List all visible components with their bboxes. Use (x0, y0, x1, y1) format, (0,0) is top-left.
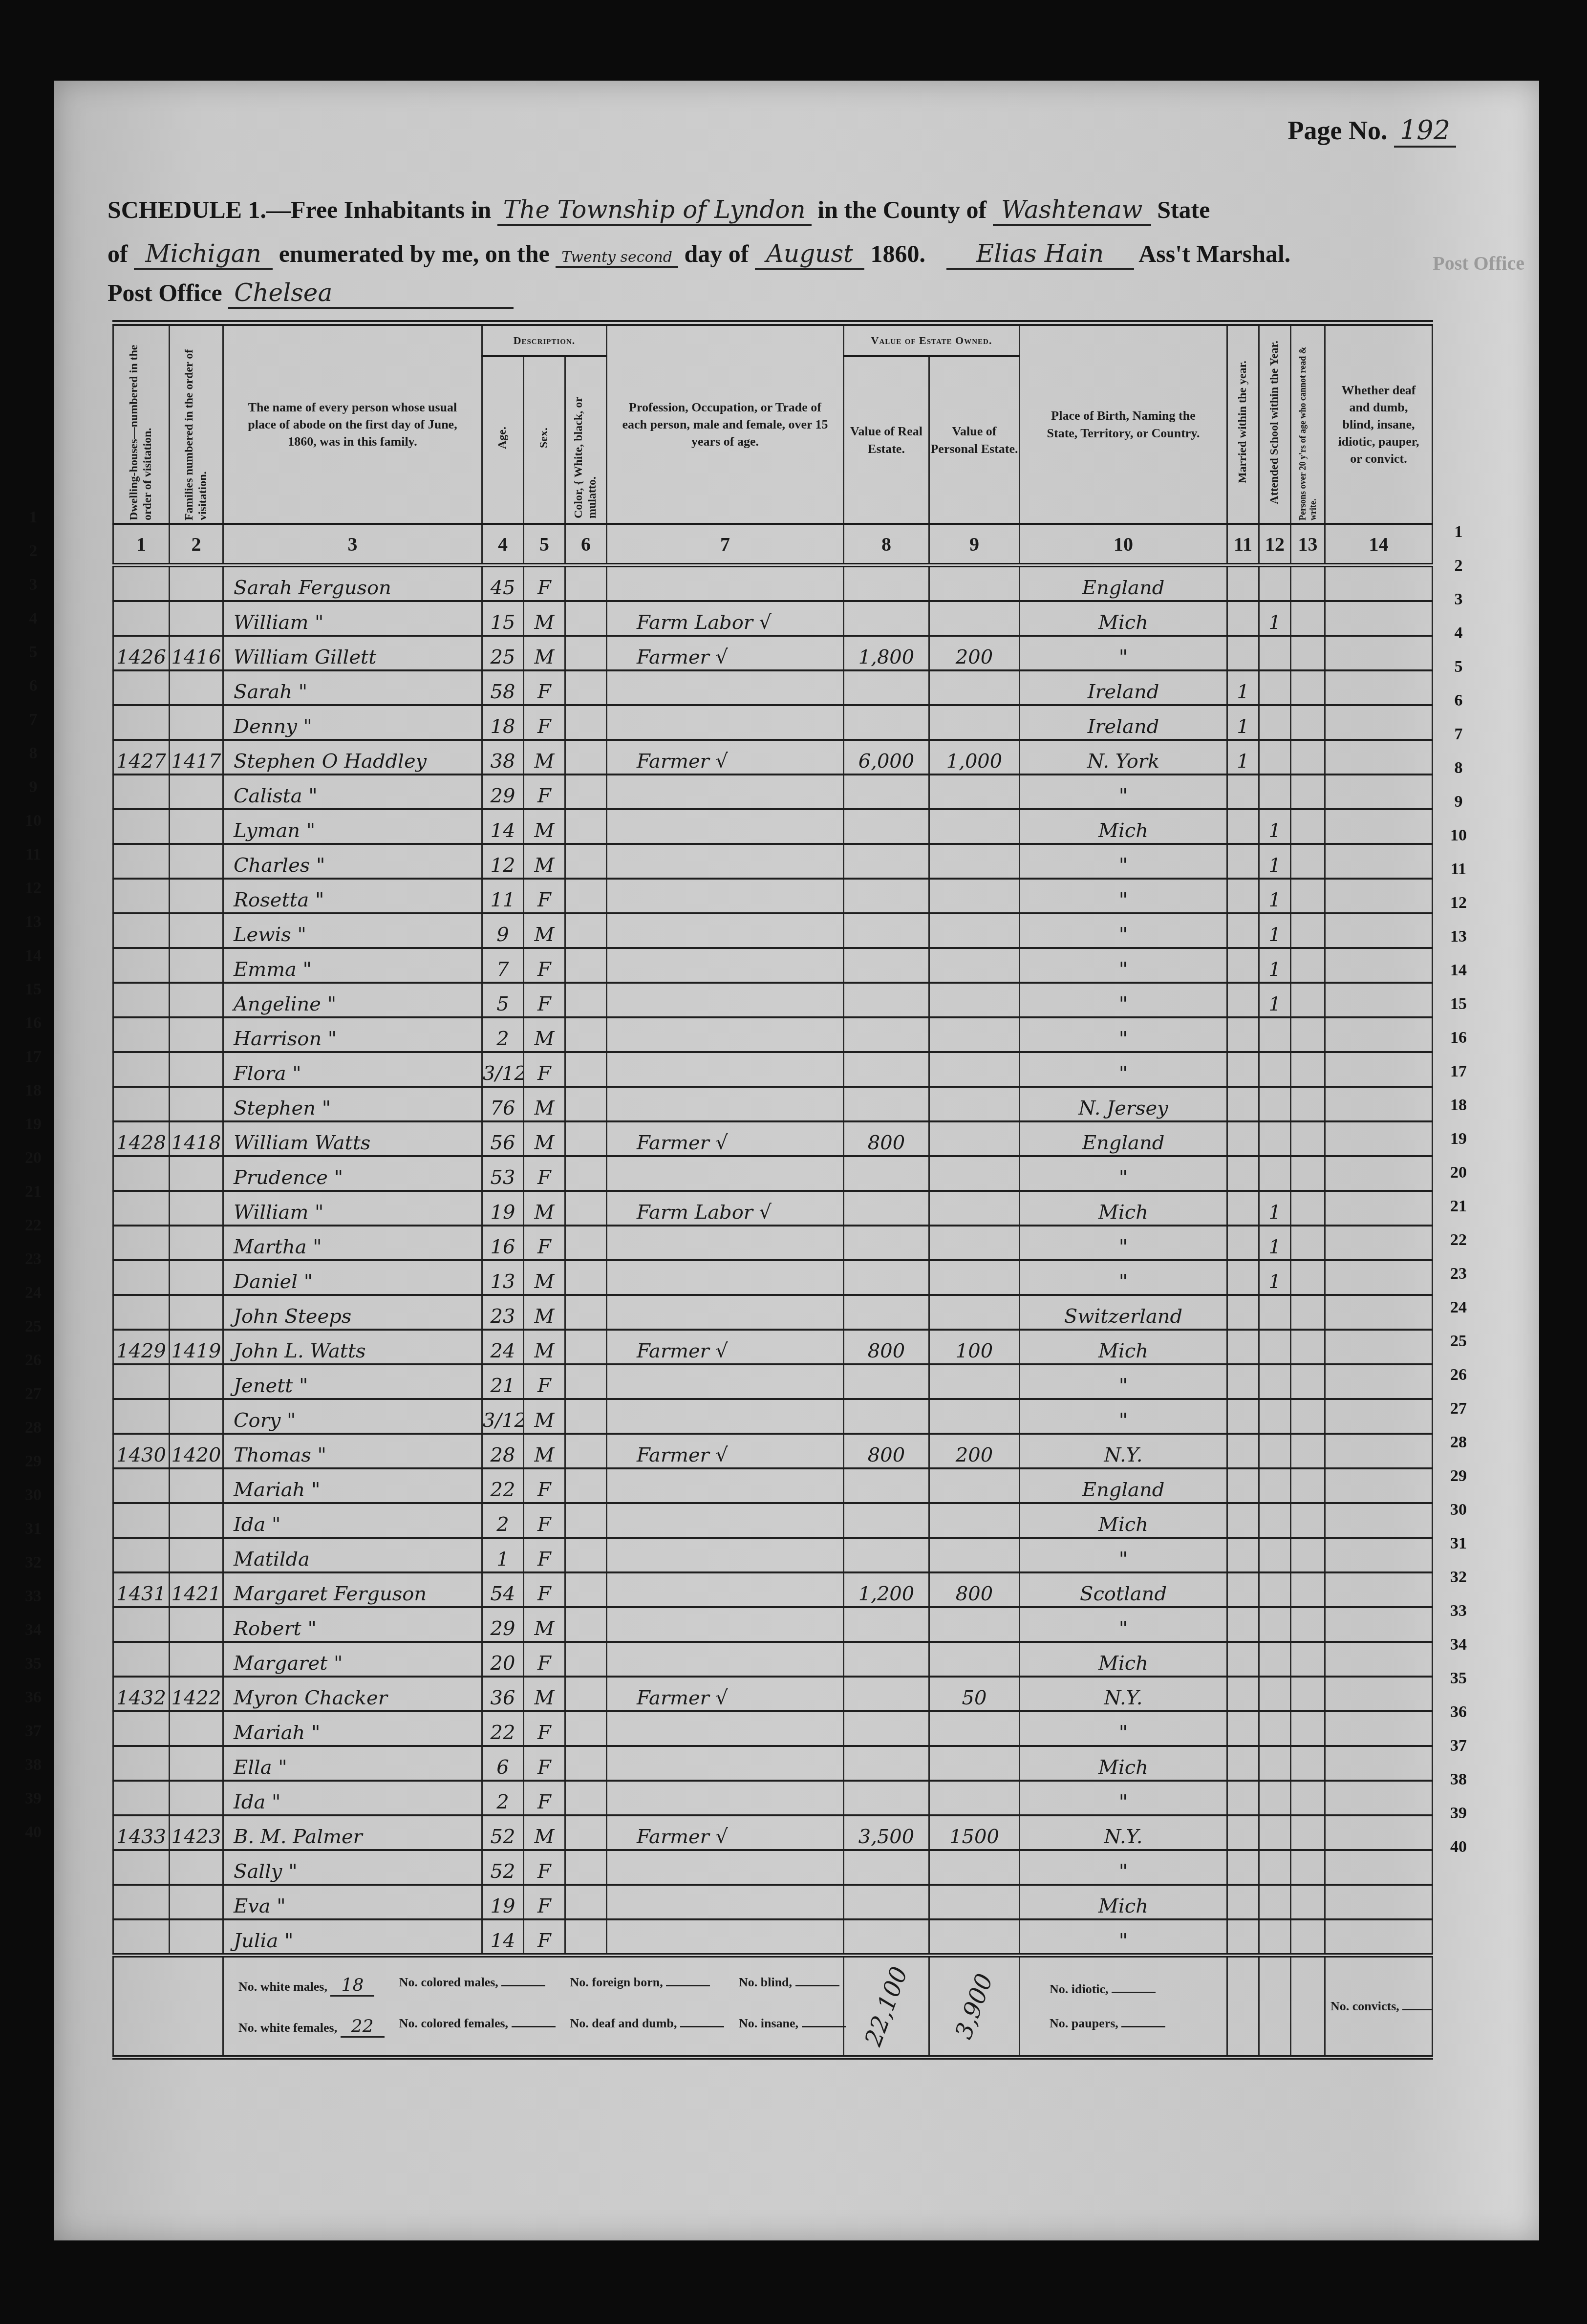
married-within-year (1227, 565, 1259, 602)
occupation (607, 1503, 844, 1538)
insane-count (802, 2026, 846, 2027)
cannot-read-write (1291, 809, 1325, 844)
line-number: 16 (19, 1014, 48, 1033)
occupation (607, 1572, 844, 1607)
line-number: 23 (19, 1250, 48, 1269)
occupation (607, 1364, 844, 1399)
white-females-count: 22 (341, 2016, 385, 2038)
cannot-read-write (1291, 1260, 1325, 1295)
sex: M (524, 1121, 565, 1156)
real-estate-value (844, 1503, 929, 1538)
married-within-year (1227, 1295, 1259, 1330)
dwelling-number (113, 1781, 170, 1815)
birthplace: N.Y. (1020, 1434, 1227, 1468)
color (565, 1052, 607, 1087)
dwelling-number (113, 844, 170, 879)
birthplace: " (1020, 1156, 1227, 1191)
color (565, 1781, 607, 1815)
real-estate-value (844, 1607, 929, 1642)
dwelling-number (113, 565, 170, 602)
line-number: 17 (19, 1048, 48, 1066)
family-number (170, 1087, 223, 1121)
personal-estate-value (929, 670, 1020, 705)
infirmity (1325, 1815, 1433, 1850)
cannot-read-write (1291, 1815, 1325, 1850)
occupation (607, 1156, 844, 1191)
married-within-year (1227, 1815, 1259, 1850)
attended-school: 1 (1259, 1191, 1291, 1226)
cannot-read-write (1291, 1434, 1325, 1468)
personal-estate-value (929, 1607, 1020, 1642)
color (565, 636, 607, 670)
attended-school: 1 (1259, 601, 1291, 636)
cannot-read-write (1291, 1885, 1325, 1919)
person-name: Ella " (223, 1746, 482, 1781)
personal-estate-total: 3,900 (929, 1956, 1020, 2058)
page-number-label: Page No. (1287, 116, 1387, 145)
person-name: Jenett " (223, 1364, 482, 1399)
infirmity (1325, 1191, 1433, 1226)
sex: F (524, 1711, 565, 1746)
sex: M (524, 1607, 565, 1642)
occupation: Farm Labor √ (607, 1191, 844, 1226)
infirmity (1325, 601, 1433, 636)
age: 45 (482, 565, 524, 602)
occupation (607, 1087, 844, 1121)
person-name: Sarah " (223, 670, 482, 705)
married-within-year (1227, 879, 1259, 913)
married-within-year (1227, 1156, 1259, 1191)
birthplace: Mich (1020, 1746, 1227, 1781)
age: 38 (482, 740, 524, 775)
totals-convicts: No. convicts, (1325, 1956, 1433, 2058)
married-within-year (1227, 1052, 1259, 1087)
birthplace: " (1020, 1607, 1227, 1642)
family-number: 1420 (170, 1434, 223, 1468)
personal-estate-value (929, 809, 1020, 844)
occupation (607, 844, 844, 879)
real-estate-value (844, 1642, 929, 1677)
line-number: 38 (19, 1756, 48, 1774)
age: 21 (482, 1364, 524, 1399)
dwelling-number (113, 879, 170, 913)
age: 2 (482, 1503, 524, 1538)
line-number: 15 (1444, 995, 1473, 1013)
color (565, 1919, 607, 1956)
age: 2 (482, 1017, 524, 1052)
infirmity (1325, 879, 1433, 913)
cannot-read-write (1291, 1191, 1325, 1226)
occupation (607, 948, 844, 983)
age: 19 (482, 1885, 524, 1919)
real-estate-value: 3,500 (844, 1815, 929, 1850)
line-number: 19 (19, 1115, 48, 1134)
married-within-year (1227, 913, 1259, 948)
family-number: 1417 (170, 740, 223, 775)
real-estate-value: 6,000 (844, 740, 929, 775)
personal-estate-value (929, 913, 1020, 948)
family-number (170, 809, 223, 844)
attended-school (1259, 1572, 1291, 1607)
attended-school (1259, 1850, 1291, 1885)
dwelling-number: 1430 (113, 1434, 170, 1468)
personal-estate-value (929, 1121, 1020, 1156)
attended-school (1259, 1815, 1291, 1850)
occupation (607, 670, 844, 705)
personal-estate-value (929, 844, 1020, 879)
person-name: Mariah " (223, 1711, 482, 1746)
sex: F (524, 1503, 565, 1538)
table-row: Sally " 52 F " (113, 1850, 1433, 1885)
line-number: 22 (19, 1216, 48, 1235)
attended-school (1259, 1330, 1291, 1364)
line-number: 32 (1444, 1568, 1473, 1587)
person-name: Denny " (223, 705, 482, 740)
infirmity (1325, 948, 1433, 983)
occupation (607, 1781, 844, 1815)
dwelling-number (113, 1468, 170, 1503)
person-name: B. M. Palmer (223, 1815, 482, 1850)
attended-school (1259, 1364, 1291, 1399)
birthplace: N.Y. (1020, 1815, 1227, 1850)
line-number: 24 (19, 1284, 48, 1302)
line-number: 13 (19, 913, 48, 931)
family-number: 1423 (170, 1815, 223, 1850)
married-within-year (1227, 1607, 1259, 1642)
table-row: 1429 1419 John L. Watts 24 M Farmer √ 80… (113, 1330, 1433, 1364)
line-number: 7 (1444, 725, 1473, 744)
real-estate-value (844, 879, 929, 913)
attended-school: 1 (1259, 1260, 1291, 1295)
col-header-married: Married within the year. (1227, 323, 1259, 524)
attended-school: 1 (1259, 809, 1291, 844)
person-name: Emma " (223, 948, 482, 983)
table-row: Prudence " 53 F " (113, 1156, 1433, 1191)
col-header-dwelling: Dwelling-houses—numbered in the order of… (113, 323, 170, 524)
infirmity (1325, 740, 1433, 775)
dwelling-number (113, 1538, 170, 1572)
line-number: 4 (19, 609, 48, 628)
attended-school: 1 (1259, 948, 1291, 983)
color (565, 705, 607, 740)
person-name: Ida " (223, 1503, 482, 1538)
real-estate-value (844, 1711, 929, 1746)
line-number: 9 (1444, 793, 1473, 811)
sex: F (524, 1642, 565, 1677)
age: 9 (482, 913, 524, 948)
birthplace: " (1020, 983, 1227, 1017)
attended-school (1259, 1295, 1291, 1330)
line-number: 28 (1444, 1433, 1473, 1452)
sex: M (524, 1017, 565, 1052)
color (565, 601, 607, 636)
table-row: 1433 1423 B. M. Palmer 52 M Farmer √ 3,5… (113, 1815, 1433, 1850)
attended-school (1259, 1399, 1291, 1434)
age: 23 (482, 1295, 524, 1330)
age: 1 (482, 1538, 524, 1572)
real-estate-value (844, 1781, 929, 1815)
year: 1860. (871, 240, 926, 267)
line-number: 2 (19, 542, 48, 560)
real-estate-value (844, 948, 929, 983)
paupers-count (1121, 2026, 1165, 2027)
line-number: 35 (1444, 1669, 1473, 1688)
cannot-read-write (1291, 601, 1325, 636)
sex: M (524, 913, 565, 948)
infirmity (1325, 1156, 1433, 1191)
sex: M (524, 1260, 565, 1295)
attended-school (1259, 1017, 1291, 1052)
cannot-read-write (1291, 1399, 1325, 1434)
table-row: Emma " 7 F " 1 (113, 948, 1433, 983)
table-row: Angeline " 5 F " 1 (113, 983, 1433, 1017)
age: 6 (482, 1746, 524, 1781)
person-name: Prudence " (223, 1156, 482, 1191)
cannot-read-write (1291, 1850, 1325, 1885)
line-number: 24 (1444, 1298, 1473, 1317)
age: 11 (482, 879, 524, 913)
cannot-read-write (1291, 1226, 1325, 1260)
dwelling-number (113, 1191, 170, 1226)
deaf-dumb-count (680, 2026, 724, 2027)
schedule-title: SCHEDULE 1.—Free Inhabitants in (107, 196, 491, 223)
dwelling-number: 1429 (113, 1330, 170, 1364)
cannot-read-write (1291, 1330, 1325, 1364)
color (565, 1087, 607, 1121)
family-number (170, 948, 223, 983)
dwelling-number (113, 1260, 170, 1295)
person-name: Robert " (223, 1607, 482, 1642)
dwelling-number: 1431 (113, 1572, 170, 1607)
real-estate-value (844, 1677, 929, 1711)
line-number: 15 (19, 980, 48, 999)
infirmity (1325, 1468, 1433, 1503)
cannot-read-write (1291, 636, 1325, 670)
birthplace: " (1020, 775, 1227, 809)
real-estate-value (844, 1226, 929, 1260)
person-name: William Gillett (223, 636, 482, 670)
table-row: 1432 1422 Myron Chacker 36 M Farmer √ 50… (113, 1677, 1433, 1711)
person-name: Eva " (223, 1885, 482, 1919)
personal-estate-value: 100 (929, 1330, 1020, 1364)
personal-estate-value (929, 948, 1020, 983)
of-label: of (107, 240, 128, 267)
married-within-year (1227, 948, 1259, 983)
occupation: Farmer √ (607, 740, 844, 775)
sex: M (524, 601, 565, 636)
family-number (170, 1399, 223, 1434)
married-within-year (1227, 1677, 1259, 1711)
attended-school (1259, 1468, 1291, 1503)
table-row: Ida " 2 F " (113, 1781, 1433, 1815)
idiotic-count (1112, 1992, 1156, 1993)
dwelling-number (113, 1087, 170, 1121)
family-number (170, 1295, 223, 1330)
line-number: 33 (19, 1587, 48, 1606)
age: 19 (482, 1191, 524, 1226)
table-row: Charles " 12 M " 1 (113, 844, 1433, 879)
age: 76 (482, 1087, 524, 1121)
attended-school (1259, 1642, 1291, 1677)
page-number-value: 192 (1394, 115, 1456, 148)
infirmity (1325, 1885, 1433, 1919)
day-field: Twenty second (556, 249, 678, 268)
attended-school (1259, 1503, 1291, 1538)
color (565, 1260, 607, 1295)
dwelling-number: 1432 (113, 1677, 170, 1711)
birthplace: N. Jersey (1020, 1087, 1227, 1121)
color (565, 1572, 607, 1607)
line-number: 39 (19, 1789, 48, 1808)
family-number (170, 1052, 223, 1087)
cannot-read-write (1291, 1121, 1325, 1156)
sex: M (524, 740, 565, 775)
occupation (607, 1919, 844, 1956)
dwelling-number: 1428 (113, 1121, 170, 1156)
line-number: 28 (19, 1419, 48, 1437)
infirmity (1325, 1711, 1433, 1746)
sex: F (524, 1156, 565, 1191)
family-number (170, 879, 223, 913)
sex: F (524, 1781, 565, 1815)
table-row: Stephen " 76 M N. Jersey (113, 1087, 1433, 1121)
sex: F (524, 775, 565, 809)
occupation (607, 1468, 844, 1503)
age: 18 (482, 705, 524, 740)
line-number: 20 (19, 1149, 48, 1167)
personal-estate-value (929, 983, 1020, 1017)
table-row: Eva " 19 F Mich (113, 1885, 1433, 1919)
real-estate-value (844, 1399, 929, 1434)
age: 20 (482, 1642, 524, 1677)
married-within-year (1227, 1226, 1259, 1260)
birthplace: " (1020, 1017, 1227, 1052)
color (565, 1364, 607, 1399)
color (565, 1226, 607, 1260)
table-row: Cory " 3/12 M " (113, 1399, 1433, 1434)
dwelling-number: 1426 (113, 636, 170, 670)
personal-estate-value: 200 (929, 636, 1020, 670)
real-estate-value (844, 1468, 929, 1503)
family-number (170, 1191, 223, 1226)
col-header-occupation: Profession, Occupation, or Trade of each… (607, 323, 844, 524)
sex: F (524, 565, 565, 602)
occupation (607, 775, 844, 809)
cannot-read-write (1291, 1781, 1325, 1815)
infirmity (1325, 1781, 1433, 1815)
family-number (170, 775, 223, 809)
table-row: 1426 1416 William Gillett 25 M Farmer √ … (113, 636, 1433, 670)
attended-school (1259, 1746, 1291, 1781)
occupation (607, 809, 844, 844)
dwelling-number (113, 1711, 170, 1746)
person-name: Stephen " (223, 1087, 482, 1121)
table-row: Rosetta " 11 F " 1 (113, 879, 1433, 913)
cannot-read-write (1291, 1503, 1325, 1538)
family-number: 1421 (170, 1572, 223, 1607)
infirmity (1325, 565, 1433, 602)
family-number: 1419 (170, 1330, 223, 1364)
cannot-read-write (1291, 1572, 1325, 1607)
attended-school (1259, 1607, 1291, 1642)
attended-school: 1 (1259, 844, 1291, 879)
attended-school: 1 (1259, 879, 1291, 913)
sex: M (524, 636, 565, 670)
infirmity (1325, 1330, 1433, 1364)
dwelling-number (113, 1052, 170, 1087)
real-estate-value (844, 670, 929, 705)
family-number (170, 1364, 223, 1399)
dwelling-number (113, 1919, 170, 1956)
table-row: William " 19 M Farm Labor √ Mich 1 (113, 1191, 1433, 1226)
age: 3/12 (482, 1399, 524, 1434)
birthplace: " (1020, 1399, 1227, 1434)
occupation (607, 1260, 844, 1295)
line-number: 30 (1444, 1501, 1473, 1519)
cannot-read-write (1291, 983, 1325, 1017)
real-estate-value (844, 809, 929, 844)
birthplace: " (1020, 948, 1227, 983)
marshal-name-field: Elias Hain (946, 239, 1134, 270)
faded-stamp: Post Office (1433, 252, 1524, 275)
line-number: 35 (19, 1655, 48, 1673)
cannot-read-write (1291, 913, 1325, 948)
occupation (607, 1711, 844, 1746)
family-number (170, 565, 223, 602)
personal-estate-value: 50 (929, 1677, 1020, 1711)
color (565, 1017, 607, 1052)
cannot-read-write (1291, 1677, 1325, 1711)
table-row: Ella " 6 F Mich (113, 1746, 1433, 1781)
age: 3/12 (482, 1052, 524, 1087)
cannot-read-write (1291, 948, 1325, 983)
line-number: 38 (1444, 1770, 1473, 1789)
dwelling-number (113, 1156, 170, 1191)
month-field: August (755, 239, 864, 270)
personal-estate-value (929, 705, 1020, 740)
line-number: 34 (19, 1621, 48, 1639)
line-number: 2 (1444, 557, 1473, 575)
line-number: 13 (1444, 927, 1473, 946)
infirmity (1325, 636, 1433, 670)
line-number: 29 (19, 1452, 48, 1471)
person-name: Julia " (223, 1919, 482, 1956)
infirmity (1325, 1919, 1433, 1956)
attended-school: 1 (1259, 983, 1291, 1017)
real-estate-value: 800 (844, 1121, 929, 1156)
age: 58 (482, 670, 524, 705)
post-office-label: Post Office (107, 279, 222, 306)
personal-estate-value: 200 (929, 1434, 1020, 1468)
attended-school (1259, 1538, 1291, 1572)
family-number (170, 1850, 223, 1885)
table-row: Mariah " 22 F England (113, 1468, 1433, 1503)
table-row: 1430 1420 Thomas " 28 M Farmer √ 800 200… (113, 1434, 1433, 1468)
attended-school (1259, 1434, 1291, 1468)
person-name: Lyman " (223, 809, 482, 844)
color (565, 1121, 607, 1156)
married-within-year (1227, 1434, 1259, 1468)
person-name: Myron Chacker (223, 1677, 482, 1711)
personal-estate-value (929, 1017, 1020, 1052)
birthplace: Mich (1020, 1191, 1227, 1226)
birthplace: Mich (1020, 601, 1227, 636)
sex: F (524, 1885, 565, 1919)
person-name: Stephen O Haddley (223, 740, 482, 775)
totals-infirmity: No. idiotic, No. paupers, (1020, 1956, 1227, 2058)
cannot-read-write (1291, 705, 1325, 740)
infirmity (1325, 913, 1433, 948)
